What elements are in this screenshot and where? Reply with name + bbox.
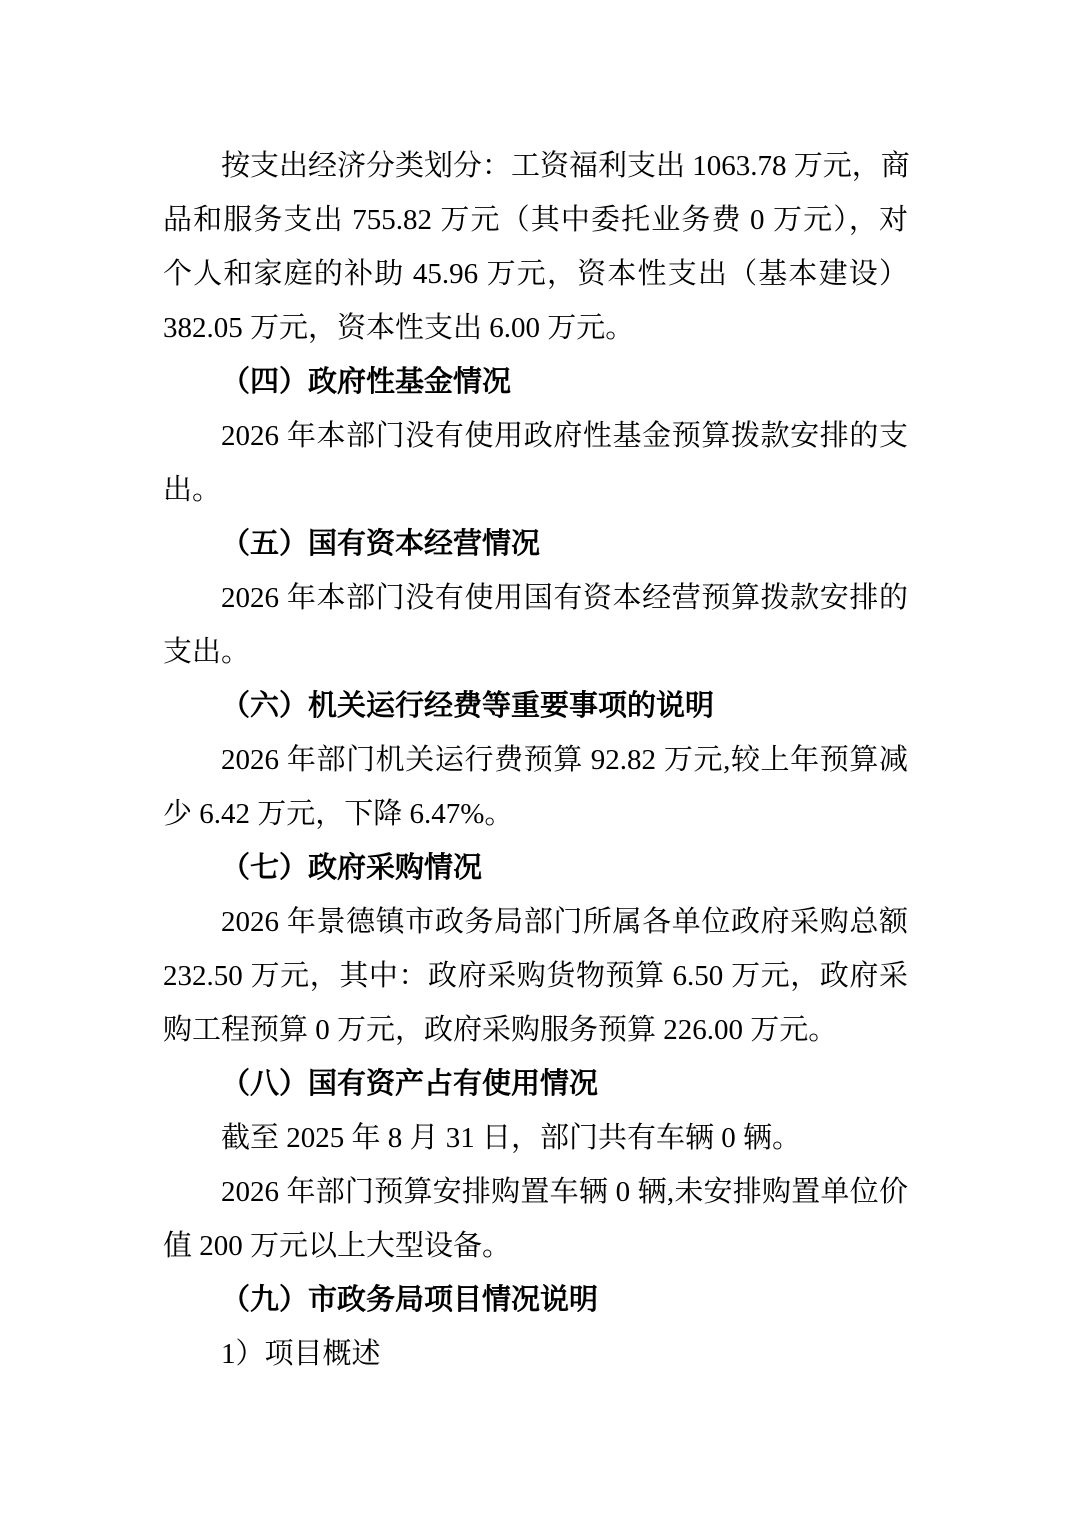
heading-section-5-state-capital-operations: （五）国有资本经营情况: [163, 517, 908, 571]
heading-line: （七）政府采购情况: [163, 841, 908, 895]
text-line: 支出。: [163, 625, 908, 679]
text-line: 出。: [163, 463, 908, 517]
text-line: 2026 年景德镇市政务局部门所属各单位政府采购总额: [163, 895, 908, 949]
para-section-4-body: 2026 年本部门没有使用政府性基金预算拨款安排的支出。: [163, 409, 908, 517]
text-line: 2026 年部门预算安排购置车辆 0 辆,未安排购置单位价: [163, 1165, 908, 1219]
heading-line: （五）国有资本经营情况: [163, 517, 908, 571]
text-line: 截至 2025 年 8 月 31 日，部门共有车辆 0 辆。: [163, 1111, 908, 1165]
para-expenditure-economic-classification: 按支出经济分类划分：工资福利支出 1063.78 万元，商品和服务支出 755.…: [163, 139, 908, 355]
text-line: 382.05 万元，资本性支出 6.00 万元。: [163, 301, 908, 355]
document-content: 按支出经济分类划分：工资福利支出 1063.78 万元，商品和服务支出 755.…: [163, 139, 908, 1381]
para-section-6-body: 2026 年部门机关运行费预算 92.82 万元,较上年预算减少 6.42 万元…: [163, 733, 908, 841]
heading-section-4-government-funds: （四）政府性基金情况: [163, 355, 908, 409]
document-page: 按支出经济分类划分：工资福利支出 1063.78 万元，商品和服务支出 755.…: [0, 0, 1074, 1520]
text-line: 2026 年本部门没有使用国有资本经营预算拨款安排的: [163, 571, 908, 625]
text-line: 按支出经济分类划分：工资福利支出 1063.78 万元，商: [163, 139, 908, 193]
text-line: 1）项目概述: [163, 1327, 908, 1381]
para-section-8-planned-purchases: 2026 年部门预算安排购置车辆 0 辆,未安排购置单位价值 200 万元以上大…: [163, 1165, 908, 1273]
heading-line: （四）政府性基金情况: [163, 355, 908, 409]
text-line: 232.50 万元，其中：政府采购货物预算 6.50 万元，政府采: [163, 949, 908, 1003]
para-section-5-body: 2026 年本部门没有使用国有资本经营预算拨款安排的支出。: [163, 571, 908, 679]
heading-section-6-operating-expenses: （六）机关运行经费等重要事项的说明: [163, 679, 908, 733]
para-section-7-body: 2026 年景德镇市政务局部门所属各单位政府采购总额232.50 万元，其中：政…: [163, 895, 908, 1057]
heading-section-7-government-procurement: （七）政府采购情况: [163, 841, 908, 895]
text-line: 品和服务支出 755.82 万元（其中委托业务费 0 万元），对: [163, 193, 908, 247]
text-line: 2026 年本部门没有使用政府性基金预算拨款安排的支: [163, 409, 908, 463]
heading-line: （八）国有资产占有使用情况: [163, 1057, 908, 1111]
text-line: 个人和家庭的补助 45.96 万元，资本性支出（基本建设）: [163, 247, 908, 301]
heading-line: （九）市政务局项目情况说明: [163, 1273, 908, 1327]
text-line: 少 6.42 万元，下降 6.47%。: [163, 787, 908, 841]
heading-section-8-state-assets-usage: （八）国有资产占有使用情况: [163, 1057, 908, 1111]
heading-section-9-project-description: （九）市政务局项目情况说明: [163, 1273, 908, 1327]
text-line: 2026 年部门机关运行费预算 92.82 万元,较上年预算减: [163, 733, 908, 787]
text-line: 购工程预算 0 万元，政府采购服务预算 226.00 万元。: [163, 1003, 908, 1057]
heading-line: （六）机关运行经费等重要事项的说明: [163, 679, 908, 733]
text-line: 值 200 万元以上大型设备。: [163, 1219, 908, 1273]
para-section-8-vehicles: 截至 2025 年 8 月 31 日，部门共有车辆 0 辆。: [163, 1111, 908, 1165]
para-project-overview: 1）项目概述: [163, 1327, 908, 1381]
